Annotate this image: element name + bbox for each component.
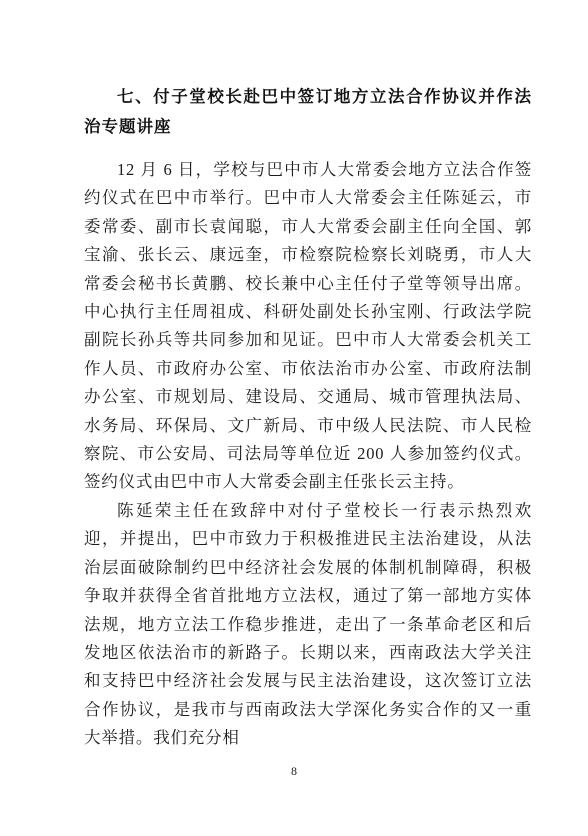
document-page: 七、付子堂校长赴巴中签订地方立法合作协议并作法治专题讲座 12 月 6 日，学校… [0, 0, 588, 836]
body-paragraph-1: 12 月 6 日，学校与巴中市人大常委会地方立法合作签约仪式在巴中市举行。巴中市… [84, 156, 532, 497]
page-footer: 8 [0, 762, 588, 780]
text-block: 七、付子堂校长赴巴中签订地方立法合作协议并作法治专题讲座 12 月 6 日，学校… [84, 82, 532, 753]
section-heading: 七、付子堂校长赴巴中签订地方立法合作协议并作法治专题讲座 [84, 82, 532, 142]
page-number: 8 [291, 764, 297, 778]
body-paragraph-2: 陈延荣主任在致辞中对付子堂校长一行表示热烈欢迎，并提出，巴中市致力于积极推进民主… [84, 497, 532, 753]
